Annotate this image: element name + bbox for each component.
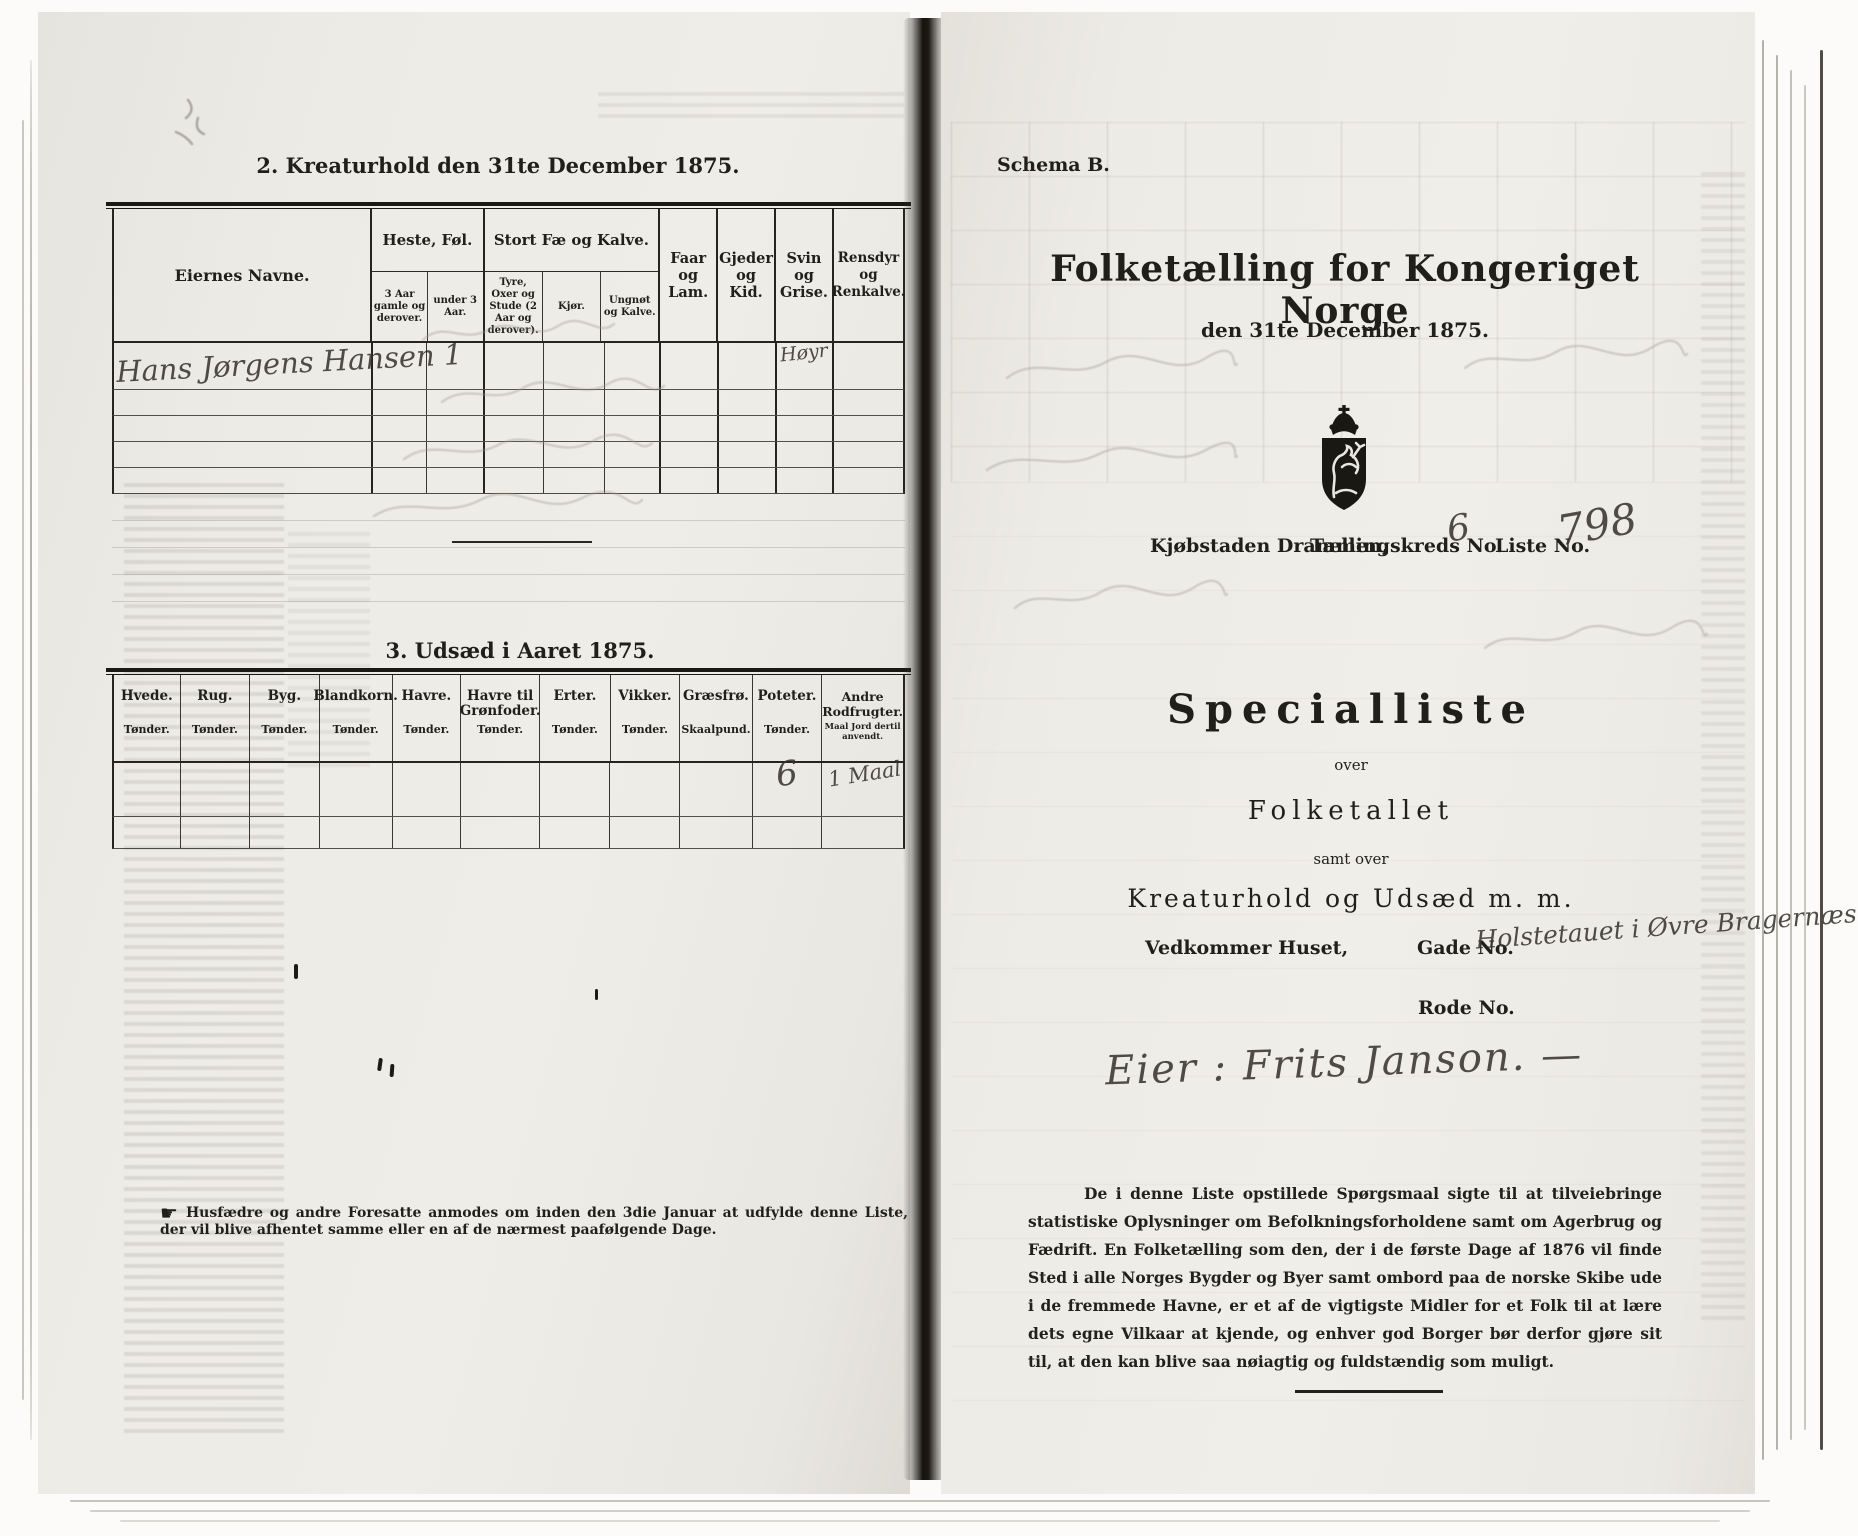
column-header-reindeer: Rensdyr og Renkalve. bbox=[832, 209, 903, 341]
ghost-handwriting bbox=[1001, 342, 1241, 392]
column-header: Havre til Grønfoder. bbox=[460, 689, 541, 723]
over-label: over bbox=[1051, 756, 1651, 774]
page-edge-dark bbox=[1820, 50, 1823, 1450]
column-header: Andre Rodfrugter. bbox=[822, 689, 903, 723]
special-title: Specialliste bbox=[1051, 686, 1651, 733]
pencil-mark bbox=[158, 92, 228, 152]
column-unit: Tønder. bbox=[764, 723, 810, 736]
column-unit: Tønder. bbox=[333, 723, 379, 736]
page-edge bbox=[1804, 85, 1806, 1430]
column-unit: Tønder. bbox=[477, 723, 523, 736]
column-header: Byg. bbox=[268, 689, 301, 723]
column-header: Havre. bbox=[402, 689, 452, 723]
column-header: Vikker. bbox=[618, 689, 671, 723]
footer-note: ☛Husfædre og andre Foresatte anmodes om … bbox=[160, 1205, 908, 1239]
column-header-owner: Eiernes Navne. bbox=[114, 209, 370, 341]
house-label: Vedkommer Huset, bbox=[1145, 937, 1348, 959]
ghost-handwriting bbox=[1011, 572, 1231, 622]
column-unit: Tønder. bbox=[124, 723, 170, 736]
info-paragraph: De i denne Liste opstillede Spørgsmaal s… bbox=[1028, 1180, 1662, 1376]
ink-mark bbox=[595, 989, 598, 1000]
kreaturhold-label: Kreaturhold og Udsæd m. m. bbox=[1051, 884, 1651, 913]
column-header: Poteter. bbox=[757, 689, 816, 723]
column-group-cattle: Stort Fæ og Kalve. bbox=[485, 209, 659, 271]
column-unit: Tønder. bbox=[552, 723, 598, 736]
column-group-horses: Heste, Føl. bbox=[372, 209, 482, 271]
ghost-print-column bbox=[1701, 172, 1745, 1322]
column-unit: Maal Jord dertil anvendt. bbox=[822, 723, 903, 742]
pointing-hand-icon: ☛ bbox=[160, 1205, 178, 1222]
ghost-handwriting bbox=[418, 312, 618, 352]
page-edge bbox=[1776, 55, 1778, 1450]
column-header: Græsfrø. bbox=[683, 689, 749, 723]
column-header-pigs: Svin og Grise. bbox=[774, 209, 832, 341]
ghost-handwriting bbox=[438, 372, 668, 412]
page-edge bbox=[1762, 40, 1764, 1460]
book-scan: 2. Kreaturhold den 31te December 1875. E… bbox=[0, 0, 1858, 1536]
left-page: 2. Kreaturhold den 31te December 1875. E… bbox=[38, 12, 910, 1494]
ghost-header-stripe bbox=[598, 92, 904, 118]
page-bottom-edge bbox=[70, 1500, 1770, 1502]
ink-mark bbox=[377, 1058, 383, 1071]
page-edge bbox=[30, 60, 32, 1440]
closing-rule bbox=[1295, 1390, 1443, 1393]
section-divider bbox=[452, 541, 592, 543]
ghost-handwriting bbox=[1481, 612, 1711, 662]
table-top-rule bbox=[106, 202, 911, 209]
footer-note-text: Husfædre og andre Foresatte anmodes om i… bbox=[160, 1205, 908, 1238]
column-unit: Skaalpund. bbox=[681, 723, 750, 736]
column-header: Blandkorn. bbox=[313, 689, 398, 723]
column-unit: Tønder. bbox=[261, 723, 307, 736]
page-edge bbox=[22, 120, 24, 1400]
rode-label: Rode No. bbox=[1418, 997, 1515, 1019]
udsaed-title: 3. Udsæd i Aaret 1875. bbox=[220, 638, 820, 663]
column-header: Rug. bbox=[197, 689, 232, 723]
right-page: Schema B. Folketælling for Kongeriget No… bbox=[941, 12, 1755, 1494]
kreaturhold-title: 2. Kreaturhold den 31te December 1875. bbox=[198, 153, 798, 178]
schema-label: Schema B. bbox=[997, 154, 1110, 176]
column-header: Hvede. bbox=[121, 689, 173, 723]
ghost-handwriting bbox=[368, 482, 648, 526]
table-row bbox=[112, 817, 905, 849]
column-header: Erter. bbox=[553, 689, 596, 723]
ghost-print-column bbox=[124, 483, 284, 1440]
table-top-rule bbox=[106, 668, 911, 675]
district-label: Tællingskreds No. bbox=[1310, 535, 1503, 557]
coat-of-arms bbox=[1306, 405, 1382, 515]
column-unit: Tønder. bbox=[622, 723, 668, 736]
column-header-sheep: Faar og Lam. bbox=[658, 209, 716, 341]
date-line: den 31te December 1875. bbox=[995, 318, 1695, 342]
population-label: Folketallet bbox=[1051, 796, 1651, 826]
ink-mark bbox=[390, 1064, 395, 1077]
ghost-handwriting bbox=[981, 432, 1241, 482]
column-unit: Tønder. bbox=[403, 723, 449, 736]
samt-over-label: samt over bbox=[1051, 850, 1651, 868]
page-bottom-edge bbox=[120, 1520, 1720, 1522]
column-header-goats: Gjeder og Kid. bbox=[716, 209, 774, 341]
page-edge bbox=[1790, 70, 1792, 1440]
column-unit: Tønder. bbox=[192, 723, 238, 736]
ghost-handwriting bbox=[398, 427, 658, 471]
handwritten-poteter-value: 6 bbox=[774, 753, 800, 795]
page-bottom-edge bbox=[90, 1510, 1750, 1512]
ink-mark bbox=[294, 964, 298, 979]
